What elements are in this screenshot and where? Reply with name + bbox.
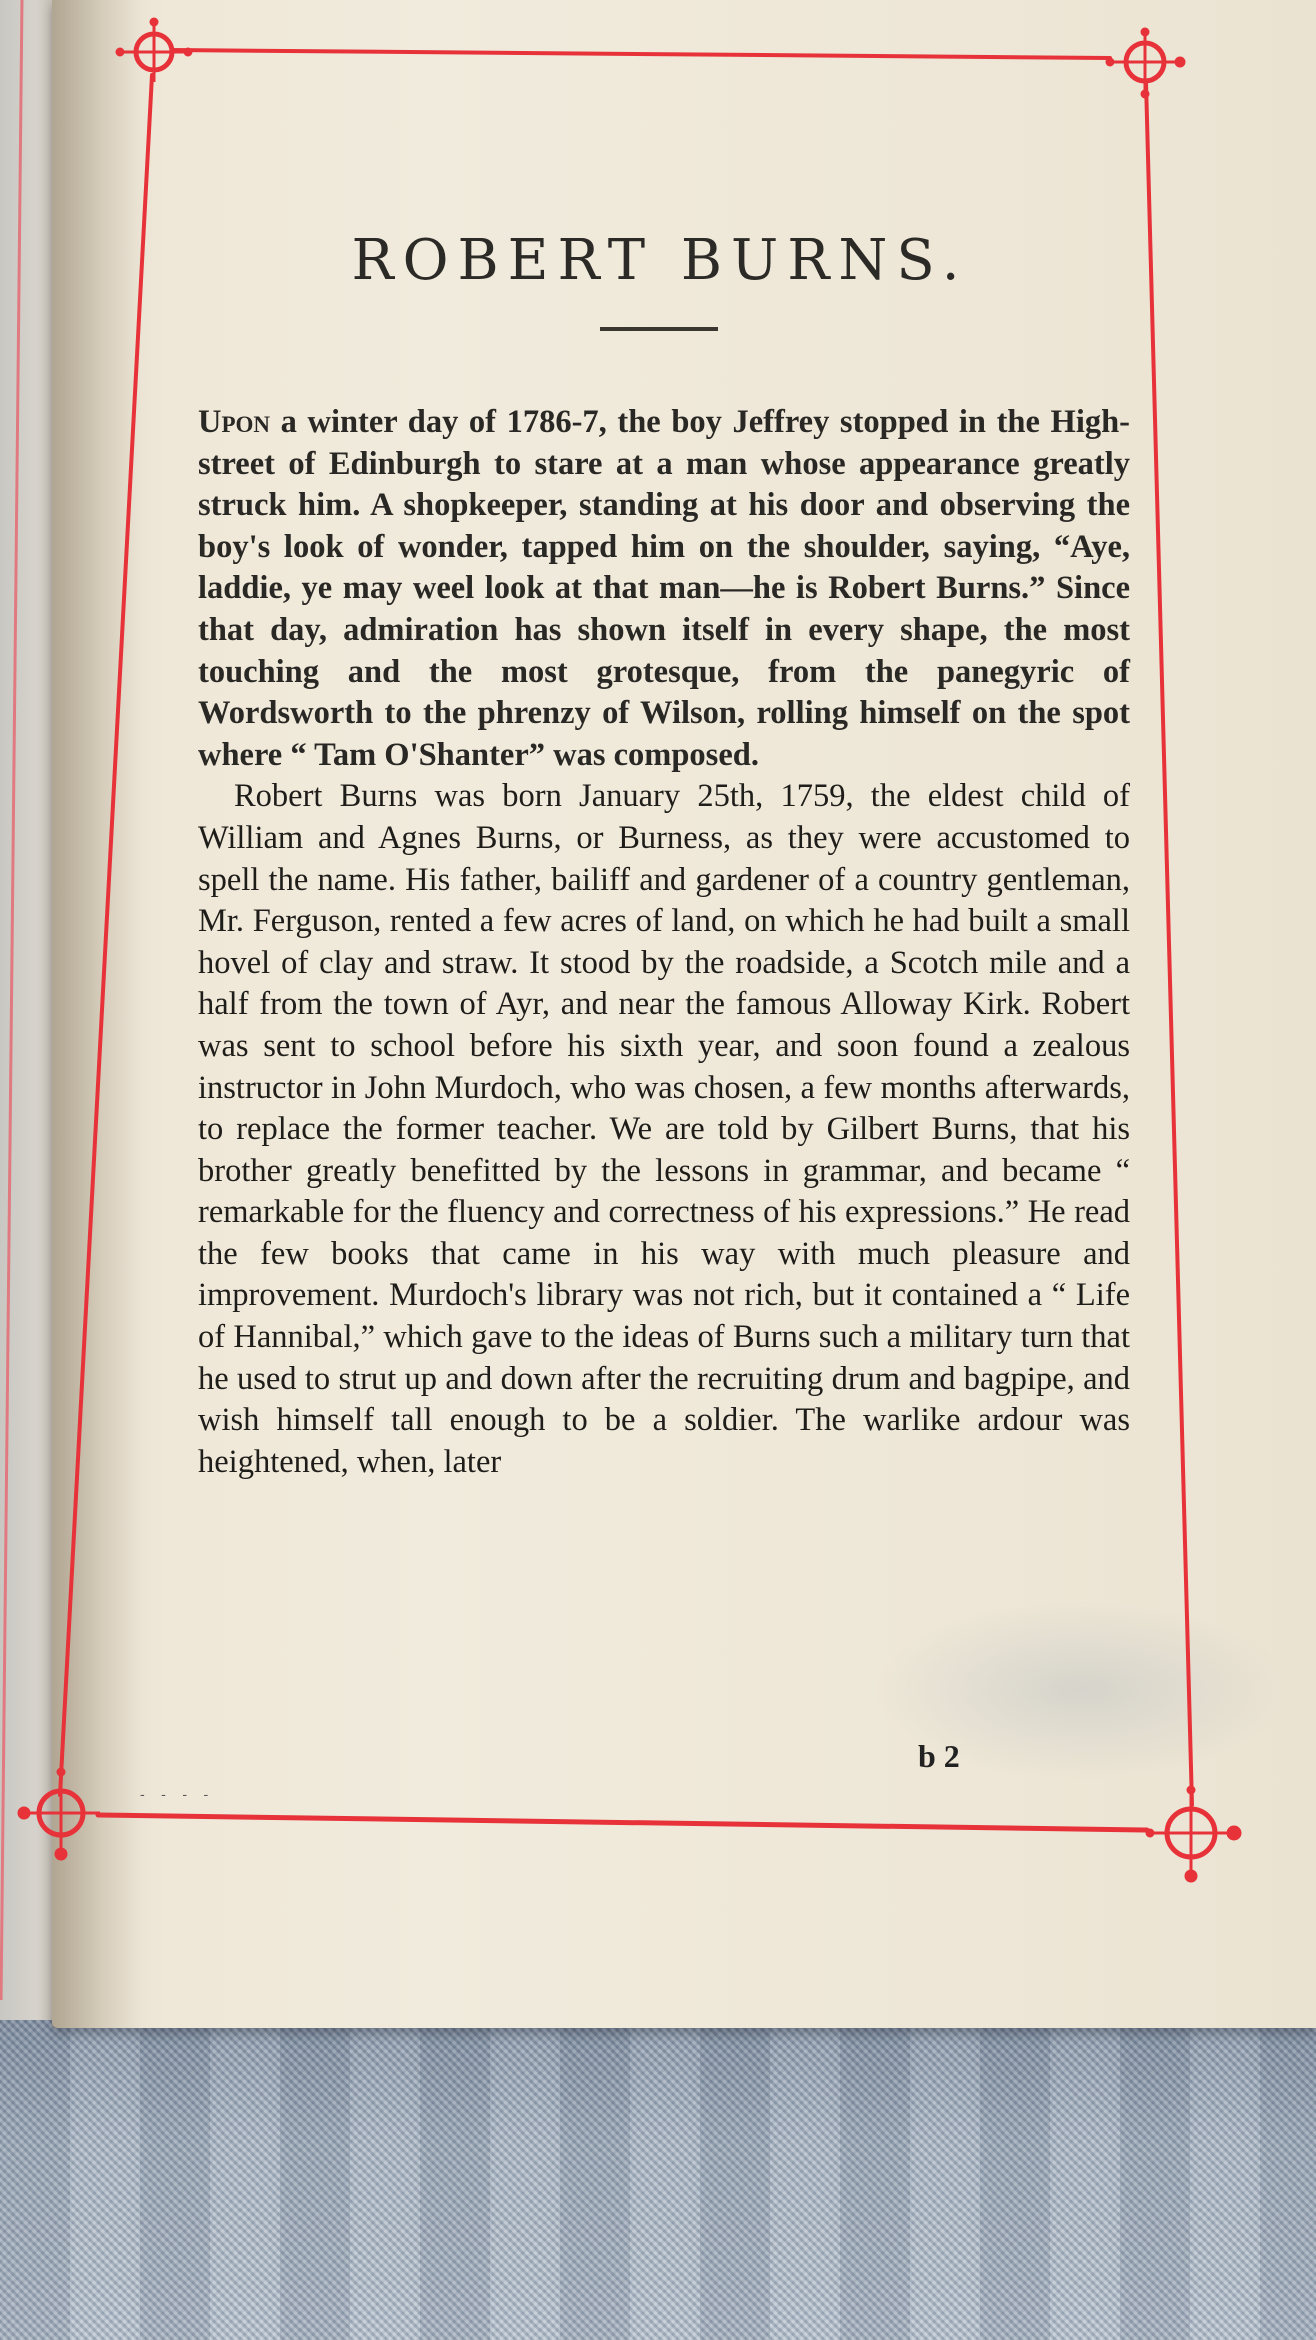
drop-lead-word: Upon <box>198 404 270 440</box>
adjacent-page-red-rule <box>0 0 23 2000</box>
title-divider <box>600 327 718 331</box>
body-text: Upon a winter day of 1786-7, the boy Jef… <box>198 402 1130 1483</box>
paragraph-1-text: a winter day of 1786-7, the boy Jeffrey … <box>198 404 1130 773</box>
adjacent-page-edge <box>0 0 60 2020</box>
paragraph-1: Upon a winter day of 1786-7, the boy Jef… <box>198 402 1130 776</box>
paragraph-2: Robert Burns was born January 25th, 1759… <box>198 776 1130 1483</box>
ink-specks: - - - - <box>140 1787 214 1803</box>
fabric-background <box>0 2010 1316 2340</box>
page-title: ROBERT BURNS. <box>300 228 1020 293</box>
signature-mark: b 2 <box>918 1738 960 1775</box>
